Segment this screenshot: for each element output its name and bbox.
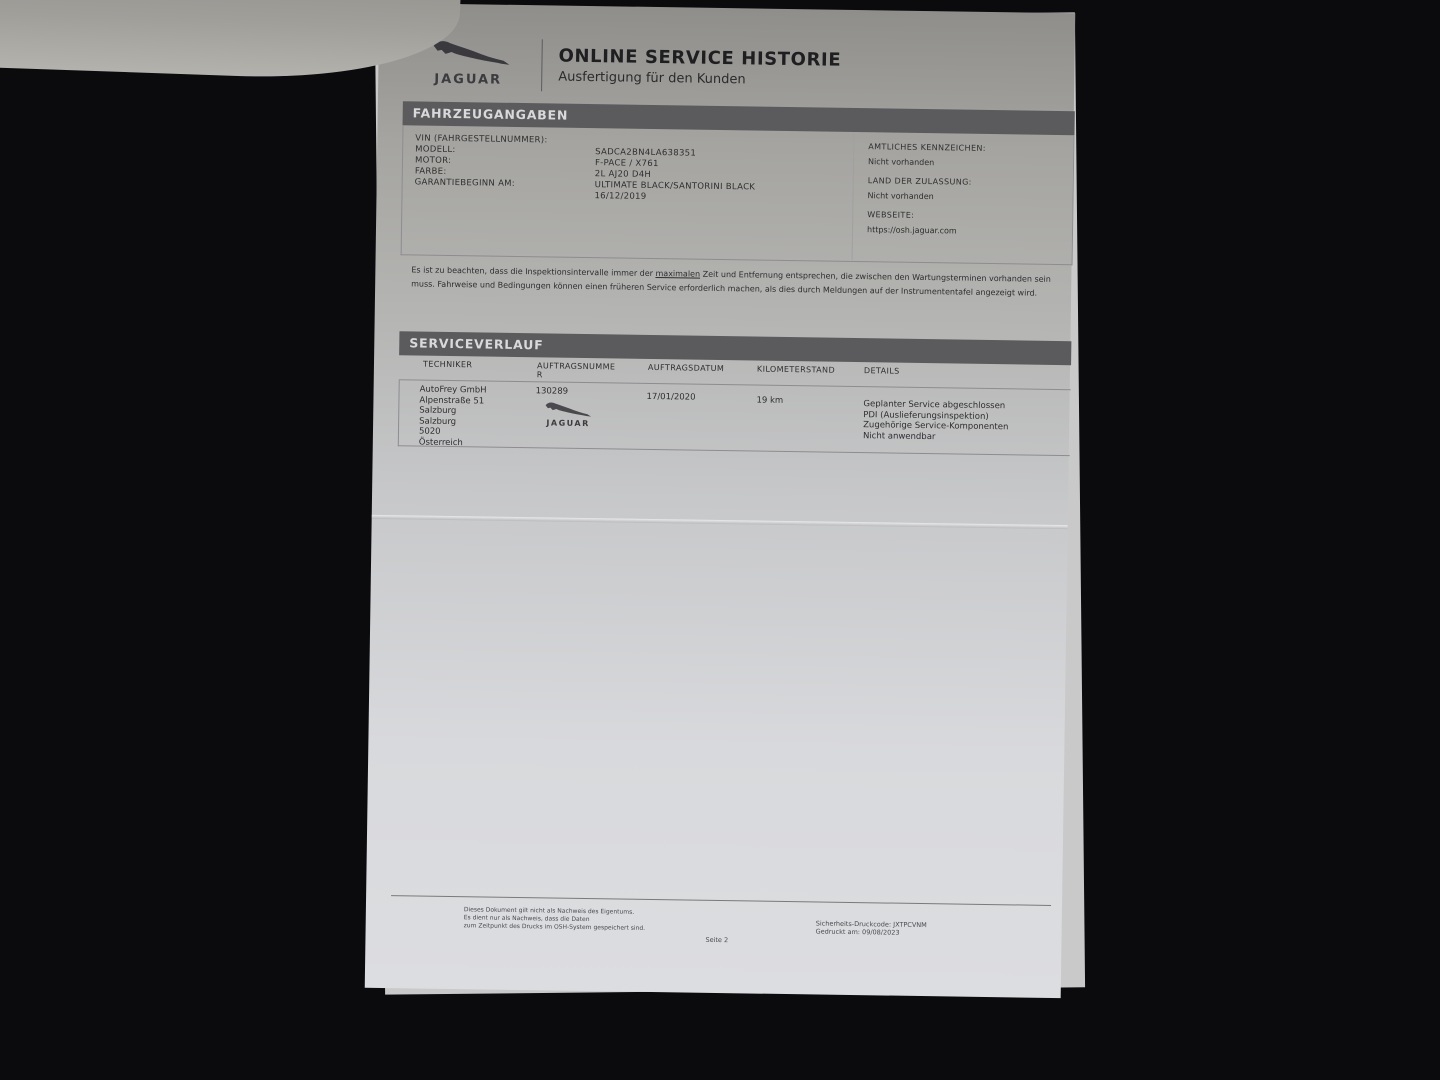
col-auftragsnummer-line1: AUFTRAGSNUMME	[537, 361, 616, 371]
techniker-zip: 5020	[419, 427, 486, 438]
dealer-brand: JAGUAR	[536, 418, 600, 428]
plate-value: Nicht vorhanden	[868, 157, 1059, 169]
details-list: Geplanter Service abgeschlossen PDI (Aus…	[863, 399, 1009, 443]
field-label	[414, 188, 594, 202]
col-auftragsnummer: AUFTRAGSNUMME R	[537, 361, 616, 380]
dealer-jaguar-logo: JAGUAR	[536, 400, 600, 435]
auftragsnummer-value: 130289	[536, 386, 569, 397]
techniker-city: Salzburg	[419, 406, 486, 417]
notice-text-1: Es ist zu beachten, dass die Inspektions…	[411, 265, 655, 278]
website-label: WEBSEITE:	[867, 210, 1058, 222]
disclaimer-line: zum Zeitpunkt des Drucks im OSH-System g…	[464, 922, 646, 933]
field-value: 2L AJ20 D4H	[595, 169, 652, 181]
notice-underlined: maximalen	[655, 269, 700, 279]
leaping-jaguar-icon	[544, 400, 592, 419]
service-history-document: JAGUAR ONLINE SERVICE HISTORIE Ausfertig…	[365, 3, 1076, 998]
footer-divider	[391, 895, 1051, 906]
detail-item: Nicht anwendbar	[863, 431, 1008, 444]
page-subtitle: Ausfertigung für den Kunden	[558, 70, 746, 88]
footer-print-info: Sicherheits-Druckcode: JXTPCVNM Gedruckt…	[816, 919, 927, 937]
techniker-address: AutoFrey GmbH Alpenstraße 51 Salzburg Sa…	[419, 385, 487, 449]
col-techniker: TECHNIKER	[423, 360, 472, 370]
header-divider	[541, 39, 543, 91]
plate-label: AMTLICHES KENNZEICHEN:	[868, 142, 1059, 154]
col-auftragsnummer-line2: R	[537, 370, 616, 380]
vehicle-fields: VIN (FAHRGESTELLNUMMER): MODELL: SADCA2B…	[414, 133, 855, 206]
col-auftragsdatum: AUFTRAGSDATUM	[648, 363, 724, 373]
table-row: AutoFrey GmbH Alpenstraße 51 Salzburg Sa…	[398, 380, 1071, 456]
print-date: Gedruckt am: 09/08/2023	[816, 927, 927, 937]
paper-fold	[372, 515, 1068, 529]
country-label: LAND DER ZULASSUNG:	[868, 176, 1059, 188]
page-number: Seite 2	[705, 936, 728, 944]
techniker-name: AutoFrey GmbH	[420, 385, 487, 396]
footer-disclaimer: Dieses Dokument gilt nicht als Nachweis …	[464, 906, 646, 933]
inspection-notice: Es ist zu beachten, dass die Inspektions…	[411, 263, 1071, 301]
col-details: DETAILS	[864, 366, 900, 376]
website-link[interactable]: https://osh.jaguar.com	[867, 225, 1058, 237]
brand-name: JAGUAR	[409, 71, 527, 88]
page-title: ONLINE SERVICE HISTORIE	[558, 46, 841, 71]
vehicle-details: VIN (FAHRGESTELLNUMMER): MODELL: SADCA2B…	[401, 125, 1075, 265]
field-value: 16/12/2019	[594, 191, 646, 203]
leaping-jaguar-icon	[431, 38, 511, 69]
col-kilometerstand: KILOMETERSTAND	[757, 365, 835, 375]
document-header: JAGUAR ONLINE SERVICE HISTORIE Ausfertig…	[403, 31, 1054, 105]
country-value: Nicht vorhanden	[867, 191, 1058, 203]
auftragsdatum-value: 17/01/2020	[646, 392, 695, 403]
techniker-country: Österreich	[419, 437, 486, 448]
registration-info: AMTLICHES KENNZEICHEN: Nicht vorhanden L…	[852, 132, 1074, 263]
kilometerstand-value: 19 km	[756, 396, 783, 407]
